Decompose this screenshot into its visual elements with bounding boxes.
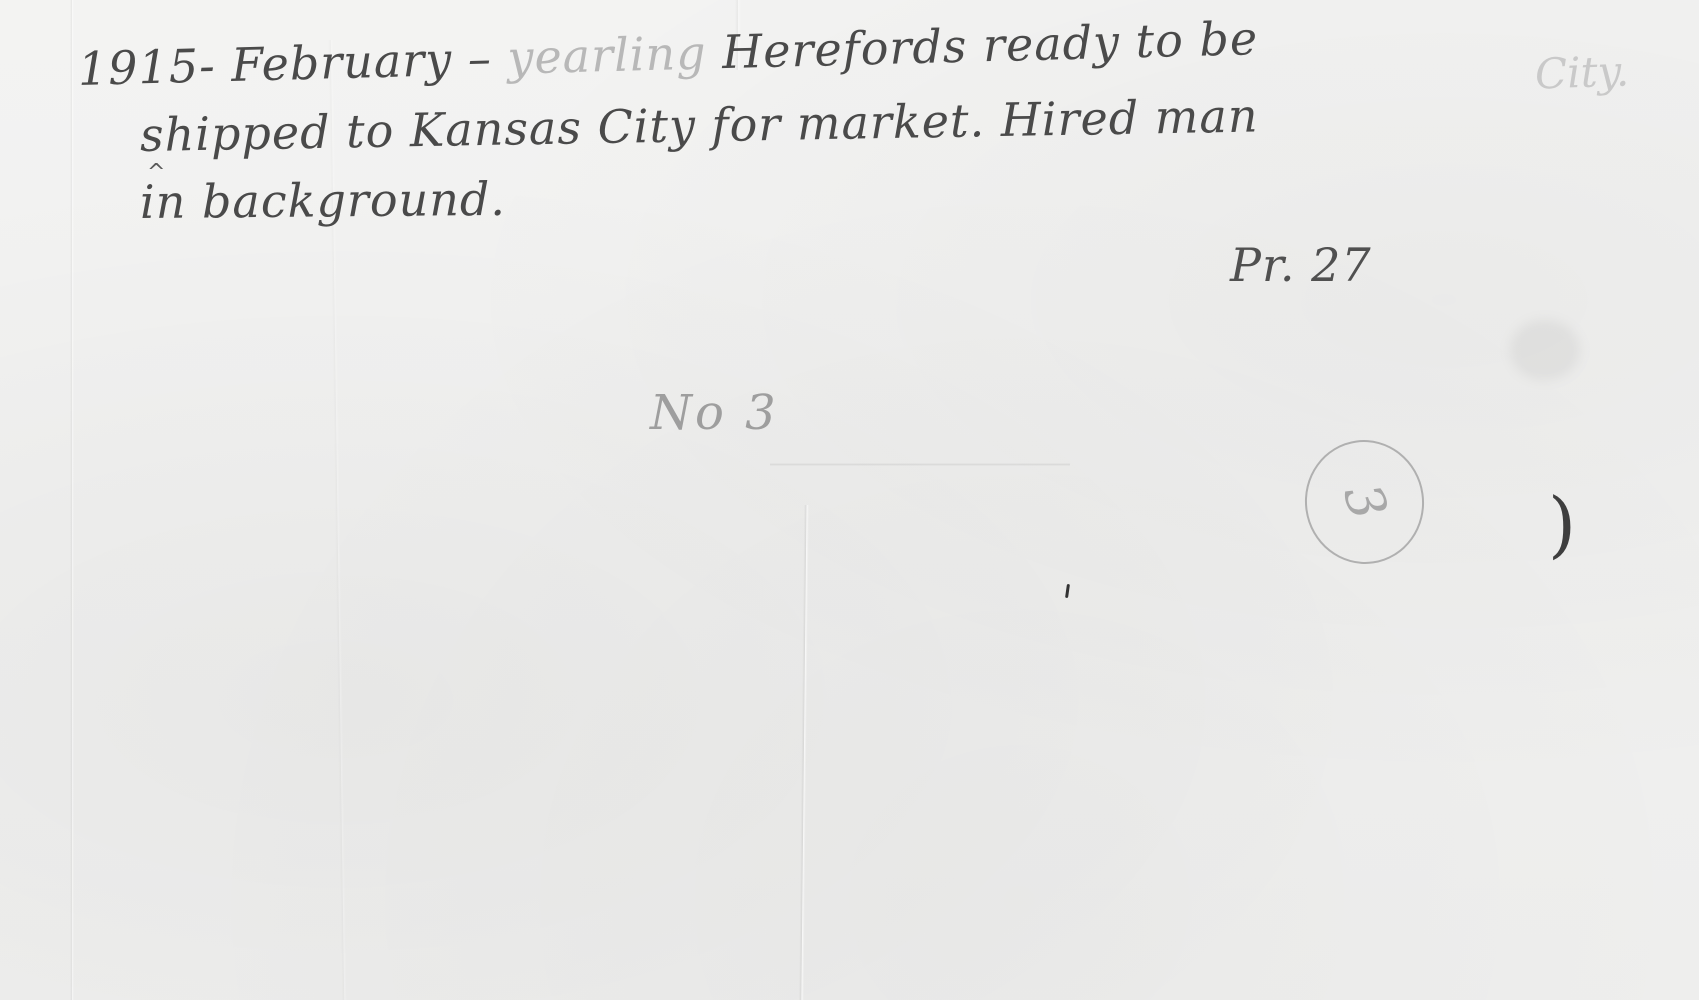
note-year: 1915 — [77, 39, 199, 96]
paper-crease-horizontal — [770, 463, 1070, 466]
note-dash: – — [467, 31, 492, 86]
circled-number: 3 — [1331, 477, 1398, 527]
handwritten-line-1: 1915- February – yearling Herefords read… — [77, 11, 1258, 96]
note-line-1-text: Herefords ready to be — [721, 11, 1258, 79]
photo-card-back: City. 1915- February – yearling Hereford… — [0, 0, 1699, 1000]
faint-word-yearling: yearling — [507, 26, 707, 85]
number-label: No 3 — [650, 385, 779, 441]
circled-number-mark: 3 — [1297, 432, 1432, 571]
note-month: February — [230, 32, 452, 92]
paper-fold-vertical — [799, 505, 809, 1000]
reference-number: Pr. 27 — [1230, 238, 1372, 292]
margin-mark: ) — [1548, 488, 1576, 560]
paper-edge-crease — [70, 0, 74, 1000]
handwritten-line-3: in background. — [140, 172, 506, 229]
bleed-through-text: City. — [1534, 46, 1630, 98]
paper-smudge — [1510, 320, 1580, 380]
handwritten-line-2: shipped to Kansas City for market. Hired… — [140, 88, 1259, 162]
note-separator: - — [198, 38, 216, 92]
ink-tick-mark — [1065, 584, 1070, 598]
